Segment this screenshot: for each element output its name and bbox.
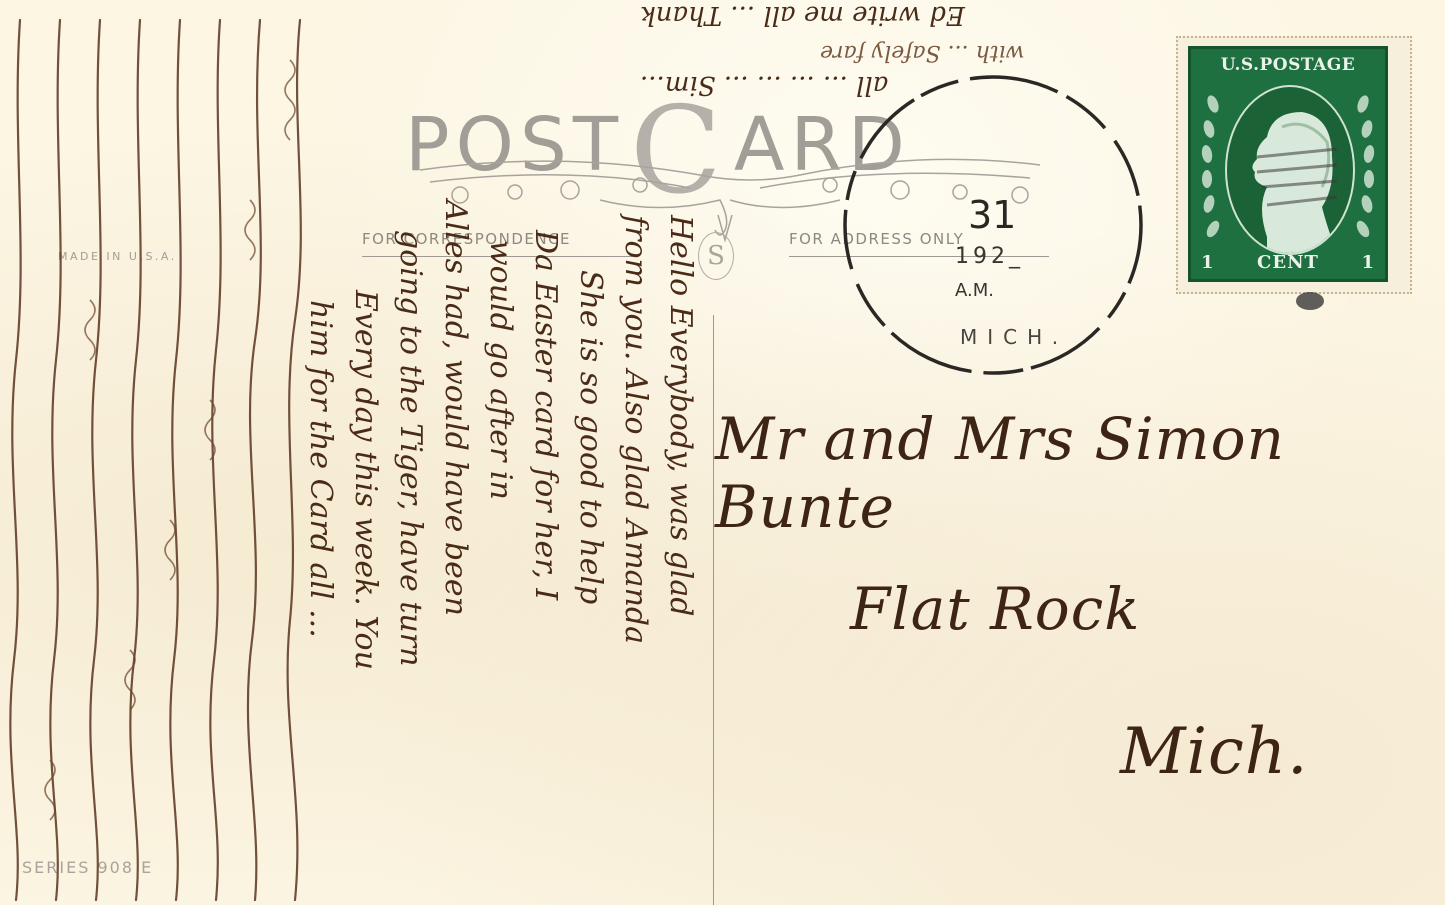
postmark-time: A.M. <box>955 280 994 301</box>
stamp-value-left: 1 <box>1201 252 1215 273</box>
message-line-4: Da Easter card for her, I <box>530 230 560 600</box>
center-divider <box>713 315 714 905</box>
message-line-2: from you. Also glad Amanda <box>620 215 650 644</box>
publisher-monogram-icon: S <box>698 232 734 280</box>
postcard-back: Ed write me all ... Thank with ... Safel… <box>0 0 1445 905</box>
laurel-wreath-right-icon <box>1351 89 1381 249</box>
recipient-state: Mich. <box>1120 715 1308 789</box>
message-line-3: She is so good to help <box>575 270 605 604</box>
recipient-town: Flat Rock <box>850 575 1140 643</box>
message-line-7: going to the Tiger, have turn <box>395 230 425 666</box>
postmark-state: MICH. <box>960 325 1068 349</box>
stamp-us-postage-text: U.S.POSTAGE <box>1191 55 1385 75</box>
stamp-value-text: CENT <box>1257 252 1319 273</box>
cancellation-ink-blot-icon <box>1290 288 1330 314</box>
postmark-year: 192_ <box>955 244 1024 269</box>
postage-stamp: U.S.POSTAGE <box>1176 36 1412 294</box>
upside-down-note-1: Ed write me all ... Thank <box>640 0 965 30</box>
stamp-value-right: 1 <box>1361 252 1375 273</box>
postmark-day: 31 <box>968 196 1016 234</box>
message-line-5: would go after in <box>485 240 515 500</box>
recipient-name: Mr and Mrs Simon Bunte <box>715 405 1445 541</box>
message-line-8: Every day this week. You <box>350 290 380 670</box>
message-line-1: Hello Everybody, was glad <box>665 215 695 616</box>
laurel-wreath-left-icon <box>1195 89 1225 249</box>
stamp-face: U.S.POSTAGE <box>1188 46 1388 282</box>
upside-down-note-2: with ... Safely fare <box>820 40 1024 65</box>
dense-handwriting-strokes <box>0 0 330 905</box>
washington-portrait-icon <box>1225 85 1355 255</box>
stamp-denomination: 1 CENT 1 <box>1191 252 1385 273</box>
message-line-6: Alles had, would have been <box>440 200 470 616</box>
